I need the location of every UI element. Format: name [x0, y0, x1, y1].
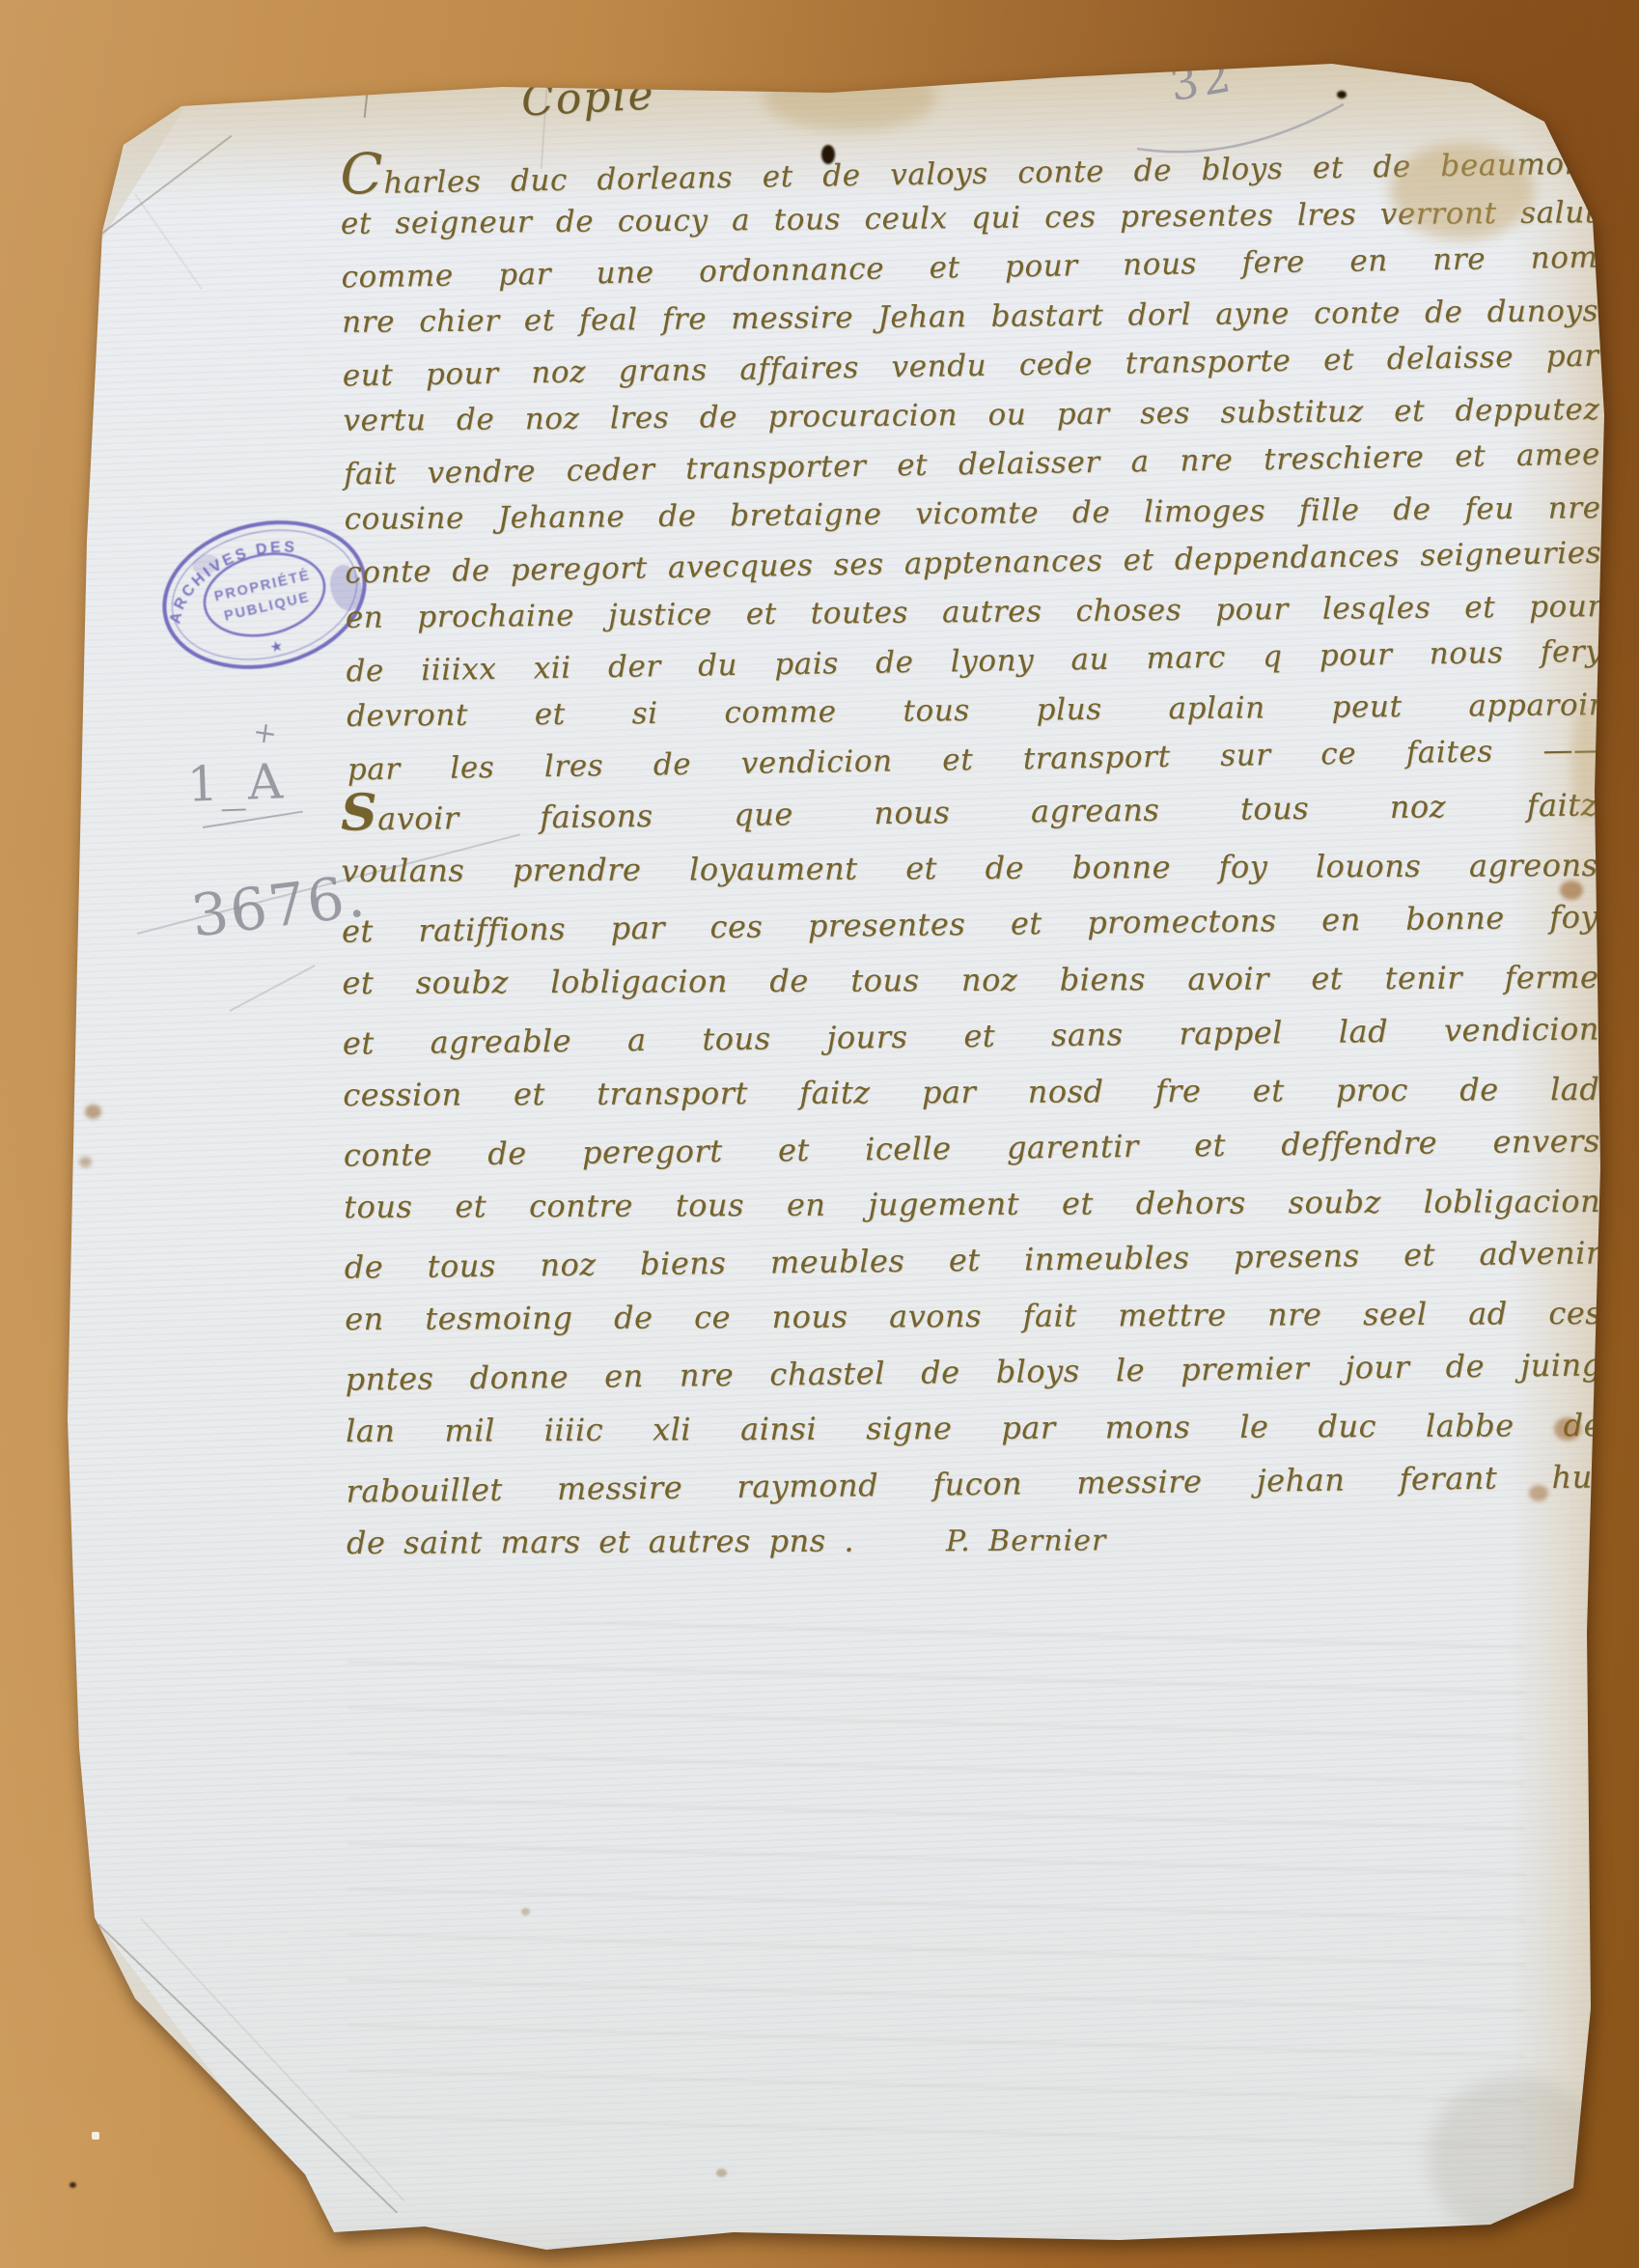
pencil-stroke	[230, 965, 316, 1012]
top-left-fold	[85, 102, 193, 249]
manuscript-line: par les lres de vendicion et transport s…	[347, 726, 1604, 796]
top-edge-aging	[97, 58, 1602, 203]
paper-shadow: Copie 32 ARCHIVES DES PROPRIÉTÉ PUBLIQUE…	[0, 0, 1639, 2268]
pencil-diagonal-line	[137, 833, 520, 935]
page-title: Copie	[520, 70, 656, 126]
manuscript-paragraph-2: Savoir faisons que nous agreans tous noz…	[341, 779, 1603, 1573]
manuscript-line: cession et transport faitz par nosd fre …	[343, 1061, 1599, 1123]
edge-stain	[1571, 705, 1600, 821]
manuscript-line: et soubz lobligacion de tous noz biens a…	[342, 949, 1598, 1011]
manuscript-line: lan mil iiiic xli ainsi signe par mons l…	[346, 1397, 1602, 1459]
manuscript-line: rabouillet messire raymond fucon messire…	[346, 1448, 1603, 1519]
foxing-spot	[1554, 1417, 1581, 1441]
manuscript-line: en prochaine justice et toutes autres ch…	[346, 582, 1602, 643]
manuscript-line: devront et si comme tous plus aplain peu…	[347, 681, 1603, 742]
stamp-arc-text: ARCHIVES DES	[154, 533, 311, 629]
pencil-cross-mark: +	[251, 714, 280, 751]
manuscript-line: conte de peregort et icelle garentir et …	[343, 1112, 1600, 1183]
svg-text:ARCHIVES DES: ARCHIVES DES	[154, 533, 311, 629]
foxing-spot	[521, 1908, 530, 1916]
white-speck	[92, 2132, 99, 2140]
foxing-spot	[85, 1105, 101, 1119]
manuscript-line: et seigneur de coucy a tous ceulx qui ce…	[341, 188, 1597, 249]
manuscript-line: tous et contre tous en jugement et dehor…	[344, 1173, 1600, 1235]
corner-shading	[1429, 2076, 1602, 2240]
manuscript-paragraph-1: Charles duc dorleans et de valoys conte …	[340, 137, 1604, 793]
manuscript-line: Charles duc dorleans et de valoys conte …	[340, 135, 1597, 205]
manuscript-line-text: de saint mars et autres pns .	[347, 1523, 854, 1561]
tan-stain	[1390, 143, 1535, 239]
fold-crease	[99, 135, 232, 236]
bottom-left-fold	[91, 1914, 353, 2244]
manuscript-line: et agreable a tous jours et sans rappel …	[343, 1000, 1600, 1071]
foxing-spot	[716, 2169, 727, 2177]
archive-stamp: ARCHIVES DES PROPRIÉTÉ PUBLIQUE ★	[139, 490, 391, 701]
ink-hole-stain	[821, 145, 835, 164]
manuscript-line: voulans prendre loyaument et de bonne fo…	[341, 837, 1597, 899]
page-number-pencil: 32	[1166, 49, 1238, 112]
manuscript-line: fait vendre ceder transporter et delaiss…	[344, 431, 1601, 500]
dark-speck	[69, 2182, 76, 2188]
manuscript-line: pntes donne en nre chastel de bloys le p…	[345, 1336, 1602, 1407]
verso-show-through	[347, 1622, 1525, 2163]
manuscript-line: de iiiixx xii der du pais de lyony au ma…	[346, 628, 1603, 697]
right-edge-aging	[1511, 82, 1607, 2235]
fold-crease	[289, 2181, 334, 2257]
tan-stain	[763, 64, 936, 131]
pencil-underline	[203, 811, 303, 828]
foxing-spot	[79, 1157, 92, 1167]
signature: P. Bernier	[946, 1524, 1107, 1558]
manuscript-line: en tesmoing de ce nous avons fait mettre…	[345, 1285, 1601, 1347]
scratch-mark	[541, 77, 549, 169]
manuscript-line: comme par une ordonnance et pour nous fe…	[341, 234, 1598, 303]
manuscript-line: et ratiffions par ces presentes et prome…	[342, 888, 1599, 959]
scratch-mark	[364, 56, 373, 118]
manuscript-line: de saint mars et autres pns .P. Bernier	[347, 1509, 1603, 1571]
manuscript-line: nre chier et feal fre messire Jehan bast…	[342, 287, 1598, 348]
manuscript-line: vertu de noz lres de procuracion ou par …	[343, 385, 1599, 446]
foxing-spot	[1560, 881, 1583, 900]
stamp-center-line1: PROPRIÉTÉ	[212, 567, 312, 604]
fold-crease	[140, 1918, 404, 2201]
stamp-center-line2: PUBLIQUE	[223, 590, 312, 625]
manuscript-line: de tous noz biens meubles et inmeubles p…	[344, 1224, 1601, 1295]
manuscript-line: Savoir faisons que nous agreans tous noz…	[341, 776, 1598, 847]
foxing-spot	[1529, 1485, 1548, 1501]
photo-background: Copie 32 ARCHIVES DES PROPRIÉTÉ PUBLIQUE…	[0, 0, 1639, 2268]
pencil-underline-curve	[1129, 93, 1351, 170]
manuscript-line: eut pour noz grans affaires vendu cede t…	[342, 332, 1599, 402]
dark-speck	[1337, 91, 1347, 98]
manuscript-line: conte de peregort avecques ses apptenanc…	[345, 529, 1602, 599]
fold-crease	[134, 193, 202, 289]
fold-crease	[97, 1923, 398, 2213]
dark-speck	[838, 54, 847, 63]
manuscript-paper: Copie 32 ARCHIVES DES PROPRIÉTÉ PUBLIQUE…	[0, 0, 1639, 2268]
star-icon: ★	[268, 636, 285, 657]
pencil-reference-mark: 1_A	[186, 753, 287, 813]
pencil-number: 3676.	[187, 862, 370, 951]
manuscript-line: cousine Jehanne de bretaigne vicomte de …	[344, 484, 1600, 545]
